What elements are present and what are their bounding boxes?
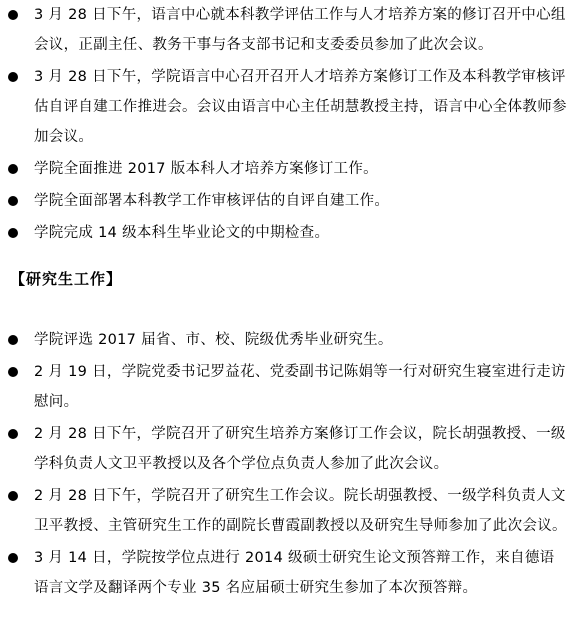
list-item: 学院全面部署本科教学工作审核评估的自评自建工作。 xyxy=(0,186,587,216)
bullet-icon xyxy=(8,367,18,377)
item-text: 2 月 28 日下午，学院召开了研究生培养方案修订工作会议，院长胡强教授、一级学… xyxy=(34,426,566,472)
undergrad-work-list: 3 月 28 日下午，语言中心就本科教学评估工作与人才培养方案的修订召开中心组会… xyxy=(0,0,587,250)
item-text: 学院完成 14 级本科生毕业论文的中期检查。 xyxy=(34,225,329,241)
item-text: 学院全面部署本科教学工作审核评估的自评自建工作。 xyxy=(34,193,389,209)
item-text: 3 月 14 日，学院按学位点进行 2014 级硕士研究生论文预答辩工作，来自德… xyxy=(34,550,554,596)
bullet-icon xyxy=(8,553,18,563)
item-text: 2 月 28 日下午，学院召开了研究生工作会议。院长胡强教授、一级学科负责人文卫… xyxy=(34,488,567,534)
bullet-icon xyxy=(8,228,18,238)
list-item: 学院评选 2017 届省、市、校、院级优秀毕业研究生。 xyxy=(0,325,587,355)
list-item: 3 月 28 日下午，语言中心就本科教学评估工作与人才培养方案的修订召开中心组会… xyxy=(0,0,587,60)
item-text: 2 月 19 日，学院党委书记罗益花、党委副书记陈娟等一行对研究生寝室进行走访慰… xyxy=(34,364,566,410)
list-item: 2 月 28 日下午，学院召开了研究生培养方案修订工作会议，院长胡强教授、一级学… xyxy=(0,419,587,479)
bullet-icon xyxy=(8,491,18,501)
bullet-icon xyxy=(8,72,18,82)
item-text: 3 月 28 日下午，学院语言中心召开召开人才培养方案修订工作及本科教学审核评估… xyxy=(34,69,567,145)
bullet-icon xyxy=(8,10,18,20)
list-item: 3 月 28 日下午，学院语言中心召开召开人才培养方案修订工作及本科教学审核评估… xyxy=(0,62,587,152)
bullet-icon xyxy=(8,335,18,345)
bullet-icon xyxy=(8,196,18,206)
list-item: 学院完成 14 级本科生毕业论文的中期检查。 xyxy=(0,218,587,248)
bullet-icon xyxy=(8,164,18,174)
graduate-work-list: 学院评选 2017 届省、市、校、院级优秀毕业研究生。 2 月 19 日，学院党… xyxy=(0,325,587,605)
section-heading: 【研究生工作】 xyxy=(10,268,122,289)
list-item: 学院全面推进 2017 版本科人才培养方案修订工作。 xyxy=(0,154,587,184)
item-text: 3 月 28 日下午，语言中心就本科教学评估工作与人才培养方案的修订召开中心组会… xyxy=(34,7,566,53)
bullet-icon xyxy=(8,429,18,439)
item-text: 学院评选 2017 届省、市、校、院级优秀毕业研究生。 xyxy=(34,332,393,348)
list-item: 2 月 19 日，学院党委书记罗益花、党委副书记陈娟等一行对研究生寝室进行走访慰… xyxy=(0,357,587,417)
item-text: 学院全面推进 2017 版本科人才培养方案修订工作。 xyxy=(34,161,378,177)
list-item: 3 月 14 日，学院按学位点进行 2014 级硕士研究生论文预答辩工作，来自德… xyxy=(0,543,587,603)
list-item: 2 月 28 日下午，学院召开了研究生工作会议。院长胡强教授、一级学科负责人文卫… xyxy=(0,481,587,541)
